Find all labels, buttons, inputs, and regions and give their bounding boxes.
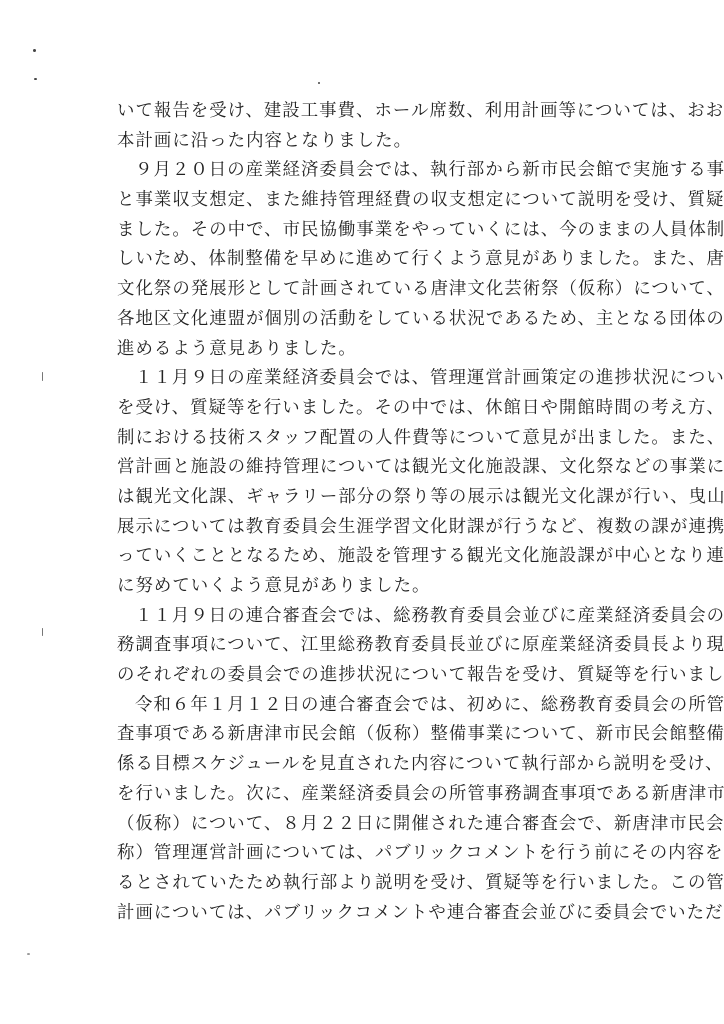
text-line: １１月９日の連合審査会では、総務教育委員会並びに産業経済委員会の所管事 (117, 602, 645, 632)
scan-speck (42, 628, 43, 636)
text-line: 営計画と施設の維持管理については観光文化施設課、文化祭などの事業について (117, 453, 645, 483)
scan-speck (318, 82, 320, 84)
text-line: 称）管理運営計画については、パブリックコメントを行う前にその内容を報告す (117, 839, 645, 869)
text-line: 本計画に沿った内容となりました。 (117, 127, 645, 157)
text-line: 査事項である新唐津市民会館（仮称）整備事業について、新市民会館整備事業に (117, 720, 645, 750)
text-line: るとされていたため執行部より説明を受け、質疑等を行いました。この管理運営 (117, 869, 645, 899)
document-body: いて報告を受け、建設工事費、ホール席数、利用計画等については、おおむね基 本計画… (117, 97, 645, 928)
text-line: しいため、体制整備を早めに進めて行くよう意見がありました。また、唐津市民 (117, 245, 645, 275)
text-line: 係る目標スケジュールを見直された内容について執行部から説明を受け、質疑等 (117, 750, 645, 780)
text-line: 務調査事項について、江里総務教育委員長並びに原産業経済委員長より現時点で (117, 631, 645, 661)
text-line: ９月２０日の産業経済委員会では、執行部から新市民会館で実施する事業想定 (117, 156, 645, 186)
text-line: 各地区文化連盟が個別の活動をしている状況であるため、主となる団体の育成を (117, 305, 645, 335)
scan-speck (42, 372, 43, 381)
text-line: 制における技術スタッフ配置の人件費等について意見が出ました。また、管理運 (117, 424, 645, 454)
scan-speck (33, 49, 36, 52)
text-line: は観光文化課、ギャラリー部分の祭り等の展示は観光文化課が行い、曳山関係の (117, 483, 645, 513)
text-line: と事業収支想定、また維持管理経費の収支想定について説明を受け、質疑を行い (117, 186, 645, 216)
scanned-document-page: いて報告を受け、建設工事費、ホール席数、利用計画等については、おおむね基 本計画… (0, 0, 724, 1024)
text-line: 展示については教育委員会生涯学習文化財課が行うなど、複数の課が連携してや (117, 513, 645, 543)
text-line: 文化祭の発展形として計画されている唐津文化芸術祭（仮称）について、現在は (117, 275, 645, 305)
text-line: を受け、質疑等を行いました。その中では、休館日や開館時間の考え方、人員体 (117, 394, 645, 424)
text-line: 令和６年１月１２日の連合審査会では、初めに、総務教育委員会の所管事務調 (117, 691, 645, 721)
text-line: のそれぞれの委員会での進捗状況について報告を受け、質疑等を行いました。 (117, 661, 645, 691)
text-line: 計画については、パブリックコメントや連合審査会並びに委員会でいただいた意 (117, 899, 645, 929)
scan-speck (34, 78, 37, 80)
scan-speck (27, 953, 30, 955)
text-line: っていくこととなるため、施設を管理する観光文化施設課が中心となり連携強化 (117, 542, 645, 572)
text-line: ました。その中で、市民協働事業をやっていくには、今のままの人員体制では難 (117, 216, 645, 246)
text-line: １１月９日の産業経済委員会では、管理運営計画策定の進捗状況について説明 (117, 364, 645, 394)
text-line: 進めるよう意見ありました。 (117, 335, 645, 365)
text-line: を行いました。次に、産業経済委員会の所管事務調査事項である新唐津市民会館 (117, 780, 645, 810)
text-line: いて報告を受け、建設工事費、ホール席数、利用計画等については、おおむね基 (117, 97, 645, 127)
text-line: （仮称）について、８月２２日に開催された連合審査会で、新唐津市民会館（仮 (117, 810, 645, 840)
text-line: に努めていくよう意見がありました。 (117, 572, 645, 602)
